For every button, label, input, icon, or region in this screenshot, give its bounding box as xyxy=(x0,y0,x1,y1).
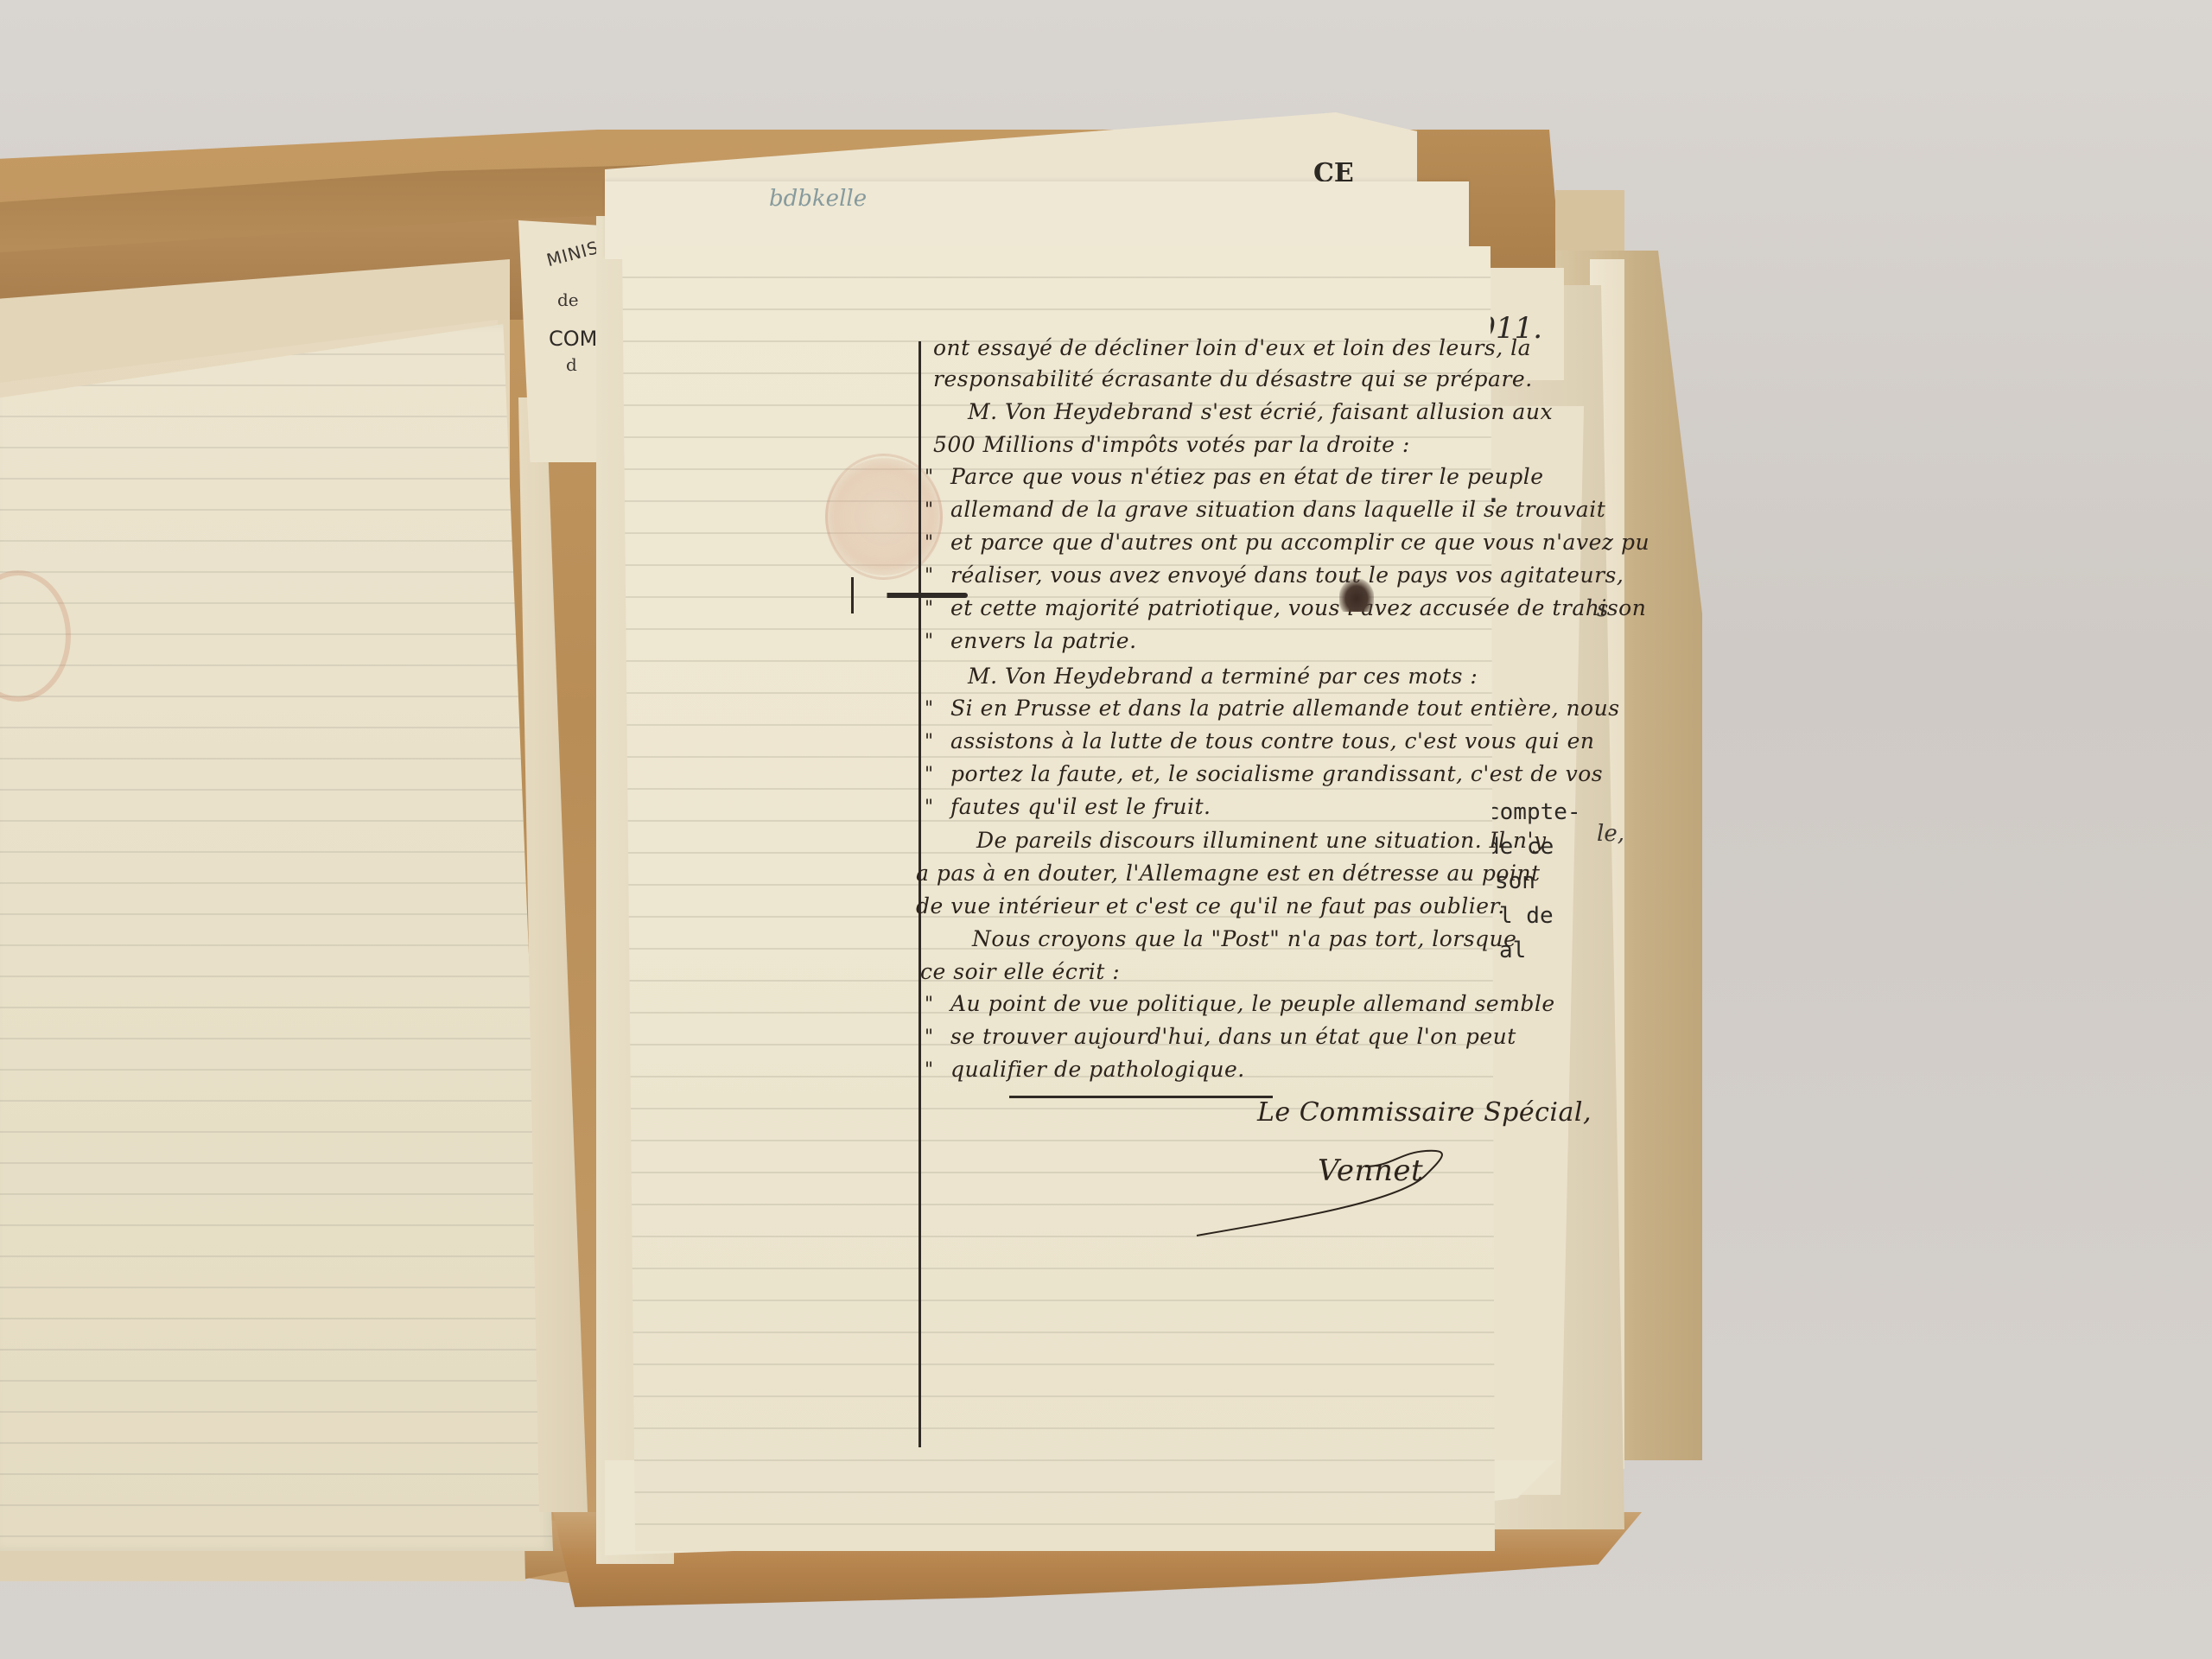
quote-mark: " xyxy=(925,797,933,818)
letter-line: ont essayé de décliner loin d'eux et loi… xyxy=(933,335,1531,360)
letter-line: réaliser, vous avez envoyé dans tout le … xyxy=(950,563,1624,588)
letter-line: ce soir elle écrit : xyxy=(920,959,1120,984)
ink-blot xyxy=(1339,579,1374,612)
quote-mark: " xyxy=(925,499,933,521)
quote-mark: " xyxy=(925,994,933,1015)
quote-mark: " xyxy=(925,631,933,652)
quote-mark: " xyxy=(925,1027,933,1048)
letter-line: a pas à en douter, l'Allemagne est en dé… xyxy=(916,861,1541,886)
quote-mark: " xyxy=(925,1059,933,1081)
quote-mark: " xyxy=(925,467,933,488)
quote-mark: " xyxy=(925,698,933,720)
letterhead-com: COM xyxy=(549,327,597,351)
letter-line: qualifier de pathologique. xyxy=(950,1057,1245,1082)
quote-mark: " xyxy=(925,532,933,554)
letter-line: De pareils discours illuminent une situa… xyxy=(976,828,1547,853)
quote-mark: " xyxy=(925,598,933,620)
letter-line: M. Von Heydebrand a terminé par ces mots… xyxy=(968,664,1478,689)
letter-line: envers la patrie. xyxy=(950,628,1137,653)
top-sheet-ink: bdbkelle xyxy=(769,186,867,212)
left-blank-page xyxy=(0,324,553,1551)
letterhead-d: d xyxy=(566,354,577,375)
letter-line: Parce que vous n'étiez pas en état de ti… xyxy=(950,464,1544,489)
letter-line: assistons à la lutte de tous contre tous… xyxy=(950,728,1595,753)
letter-line: Au point de vue politique, le peuple all… xyxy=(950,991,1555,1016)
closing-title: Le Commissaire Spécial, xyxy=(1257,1097,1592,1128)
margin-ink-fragment: le, xyxy=(1597,821,1624,847)
letter-line: et cette majorité patriotique, vous l'av… xyxy=(950,595,1646,620)
signature-flourish-icon xyxy=(1192,1141,1469,1244)
letter-line: et parce que d'autres ont pu accomplir c… xyxy=(950,530,1649,555)
letter-line: responsabilité écrasante du désastre qui… xyxy=(933,366,1533,391)
letter-line: Nous croyons que la "Post" n'a pas tort,… xyxy=(972,926,1516,951)
letter-line: de vue intérieur et c'est ce qu'il ne fa… xyxy=(916,893,1505,918)
quote-mark: " xyxy=(925,764,933,785)
letter-line: fautes qu'il est le fruit. xyxy=(950,794,1211,819)
letterhead-de: de xyxy=(557,289,579,310)
letter-line: se trouver aujourd'hui, dans un état que… xyxy=(950,1024,1516,1049)
letter-line: portez la faute, et, le socialisme grand… xyxy=(950,761,1603,786)
letter-line: M. Von Heydebrand s'est écrié, faisant a… xyxy=(968,399,1553,424)
margin-tick xyxy=(851,577,854,613)
closing-rule xyxy=(1009,1096,1273,1098)
quote-mark: " xyxy=(925,731,933,753)
quote-mark: " xyxy=(925,565,933,587)
typed-line: l de xyxy=(1499,903,1554,929)
letter-line: Si en Prusse et dans la patrie allemande… xyxy=(950,696,1620,721)
typed-line: compte- xyxy=(1486,799,1581,825)
letter-line: allemand de la grave situation dans laqu… xyxy=(950,497,1605,522)
letter-line: 500 Millions d'impôts votés par la droit… xyxy=(933,432,1410,457)
